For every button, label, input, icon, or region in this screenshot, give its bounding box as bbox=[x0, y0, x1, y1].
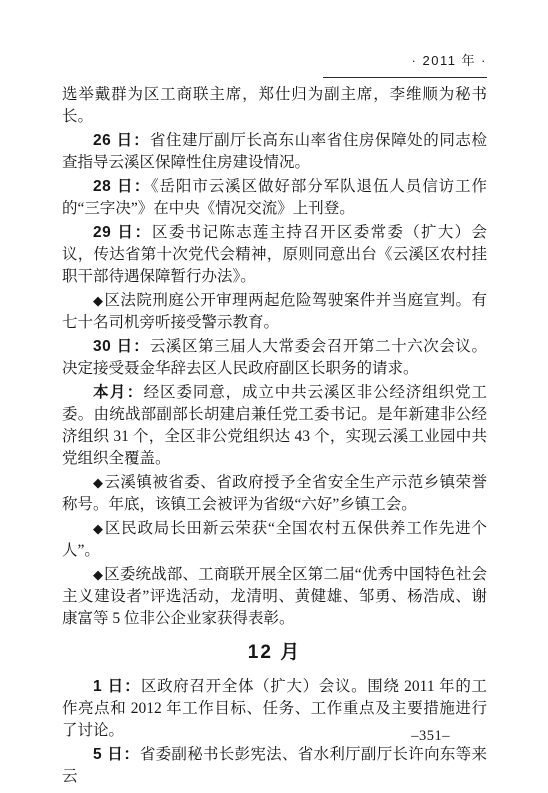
paragraph: ◆区民政局长田新云荣获“全国农村五保供养工作先进个人”。 bbox=[62, 518, 487, 562]
paragraph: ◆区委统战部、工商联开展全区第二届“优秀中国特色社会主义建设者”评选活动，龙清明… bbox=[62, 564, 487, 630]
date-label: 1 日： bbox=[93, 678, 141, 695]
page-number: –351– bbox=[411, 728, 450, 745]
content-blocks: 选举戴群为区工商联主席，郑仕归为副主席，李维顺为秘书长。26 日：省住建厅副厅长… bbox=[62, 84, 487, 788]
date-label: 29 日： bbox=[93, 224, 152, 241]
running-header: · 2011 年 · bbox=[62, 50, 487, 78]
header-rule bbox=[323, 77, 487, 78]
diamond-bullet-icon: ◆ bbox=[93, 475, 103, 490]
book-page: · 2011 年 · 选举戴群为区工商联主席，郑仕归为副主席，李维顺为秘书长。2… bbox=[0, 0, 548, 793]
paragraph: 选举戴群为区工商联主席，郑仕归为副主席，李维顺为秘书长。 bbox=[62, 84, 487, 128]
date-label: 30 日： bbox=[93, 338, 150, 355]
paragraph: 30 日：云溪区第三届人大常委会召开第二十六次会议。决定接受聂金华辞去区人民政府… bbox=[62, 336, 487, 380]
paragraph: 28 日：《岳阳市云溪区做好部分军队退伍人员信访工作的“三字决”》在中央《情况交… bbox=[62, 176, 487, 220]
date-label: 26 日： bbox=[93, 132, 150, 149]
diamond-bullet-icon: ◆ bbox=[93, 567, 103, 582]
paragraph: 5 日：省委副秘书长彭宪法、省水利厅副厅长许向东等来云 bbox=[62, 744, 487, 788]
header-year-label: · 2011 年 · bbox=[412, 50, 487, 69]
diamond-bullet-icon: ◆ bbox=[93, 293, 103, 308]
date-label: 本月： bbox=[93, 384, 144, 401]
diamond-bullet-icon: ◆ bbox=[93, 521, 104, 536]
paragraph: 29 日：区委书记陈志莲主持召开区委常委（扩大）会议，传达省第十次党代会精神，原… bbox=[62, 222, 487, 288]
paragraph: 26 日：省住建厅副厅长高东山率省住房保障处的同志检查指导云溪区保障性住房建设情… bbox=[62, 130, 487, 174]
paragraph: ◆区法院刑庭公开审理两起危险驾驶案件并当庭宣判。有七十名司机旁听接受警示教育。 bbox=[62, 290, 487, 334]
paragraph: 本月：经区委同意，成立中共云溪区非公经济组织党工委。由统战部副部长胡建启兼任党工… bbox=[62, 382, 487, 470]
date-label: 5 日： bbox=[93, 746, 140, 763]
paragraph: ◆云溪镇被省委、省政府授予全省安全生产示范乡镇荣誉称号。年底，该镇工会被评为省级… bbox=[62, 472, 487, 516]
section-heading: 12 月 bbox=[62, 642, 487, 664]
date-label: 28 日： bbox=[93, 178, 151, 195]
